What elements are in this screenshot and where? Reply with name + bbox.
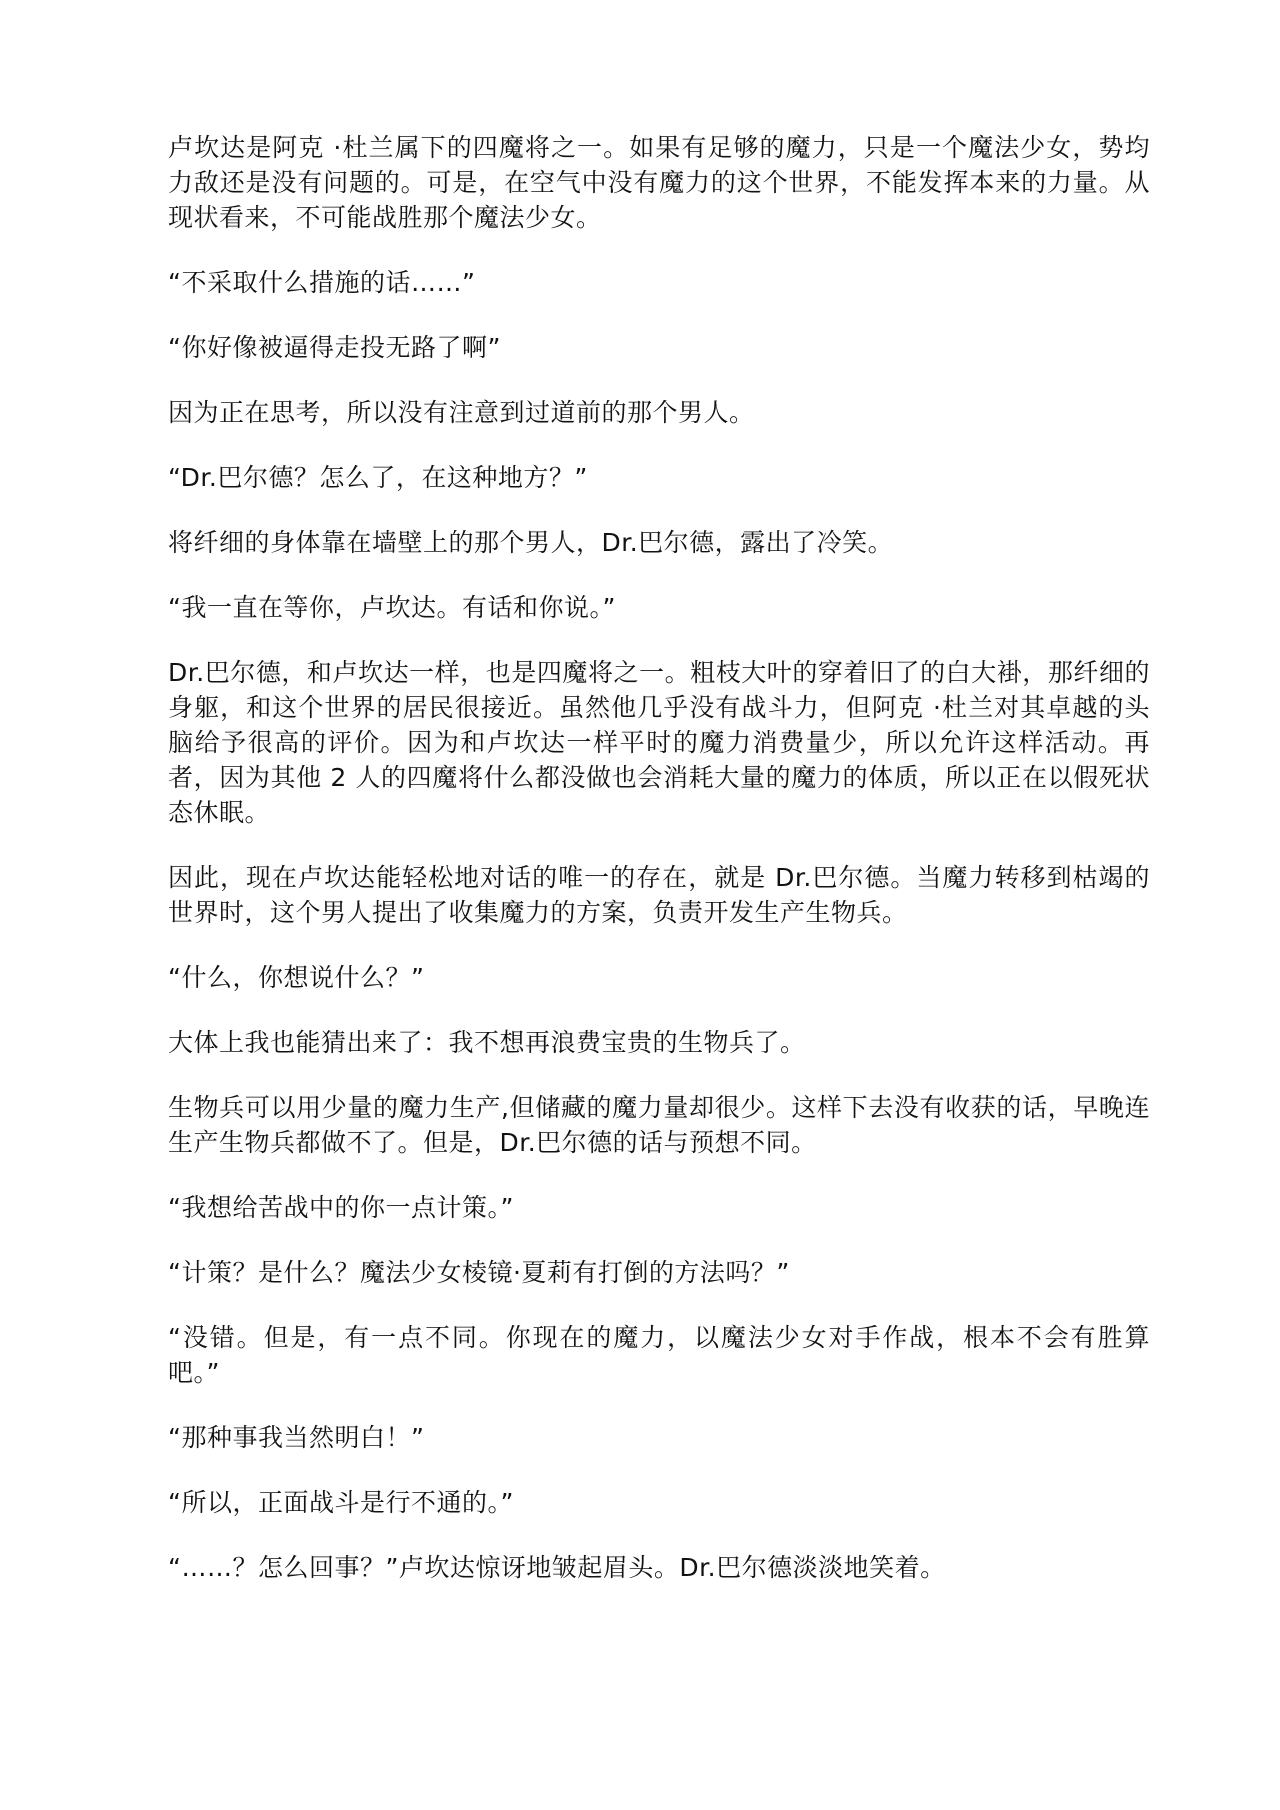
paragraph: “不采取什么措施的话……” — [168, 265, 1150, 300]
paragraph: “什么，你想说什么？” — [168, 960, 1150, 995]
paragraph: “你好像被逼得走投无路了啊” — [168, 330, 1150, 365]
paragraph: 大体上我也能猜出来了：我不想再浪费宝贵的生物兵了。 — [168, 1025, 1150, 1060]
paragraph: “我想给苦战中的你一点计策。” — [168, 1190, 1150, 1225]
paragraph: 因为正在思考，所以没有注意到过道前的那个男人。 — [168, 395, 1150, 430]
paragraph: 生物兵可以用少量的魔力生产,但储藏的魔力量却很少。这样下去没有收获的话，早晚连生… — [168, 1090, 1150, 1160]
paragraph: 将纤细的身体靠在墙壁上的那个男人，Dr.巴尔德，露出了冷笑。 — [168, 525, 1150, 560]
paragraph: “……？怎么回事？”卢坎达惊讶地皱起眉头。Dr.巴尔德淡淡地笑着。 — [168, 1550, 1150, 1585]
paragraph: Dr.巴尔德，和卢坎达一样，也是四魔将之一。粗枝大叶的穿着旧了的白大褂，那纤细的… — [168, 655, 1150, 830]
document-page: 卢坎达是阿克 ·杜兰属下的四魔将之一。如果有足够的魔力，只是一个魔法少女，势均力… — [0, 0, 1280, 1810]
paragraph: “Dr.巴尔德？怎么了，在这种地方？” — [168, 460, 1150, 495]
paragraph: “所以，正面战斗是行不通的。” — [168, 1485, 1150, 1520]
paragraph: “我一直在等你，卢坎达。有话和你说。” — [168, 590, 1150, 625]
novel-text-block: 卢坎达是阿克 ·杜兰属下的四魔将之一。如果有足够的魔力，只是一个魔法少女，势均力… — [168, 130, 1150, 1585]
paragraph: “那种事我当然明白！” — [168, 1420, 1150, 1455]
paragraph: 因此，现在卢坎达能轻松地对话的唯一的存在，就是 Dr.巴尔德。当魔力转移到枯竭的… — [168, 860, 1150, 930]
paragraph: 卢坎达是阿克 ·杜兰属下的四魔将之一。如果有足够的魔力，只是一个魔法少女，势均力… — [168, 130, 1150, 235]
paragraph: “计策？是什么？魔法少女棱镜·夏莉有打倒的方法吗？” — [168, 1255, 1150, 1290]
paragraph: “没错。但是，有一点不同。你现在的魔力，以魔法少女对手作战，根本不会有胜算吧。” — [168, 1320, 1150, 1390]
